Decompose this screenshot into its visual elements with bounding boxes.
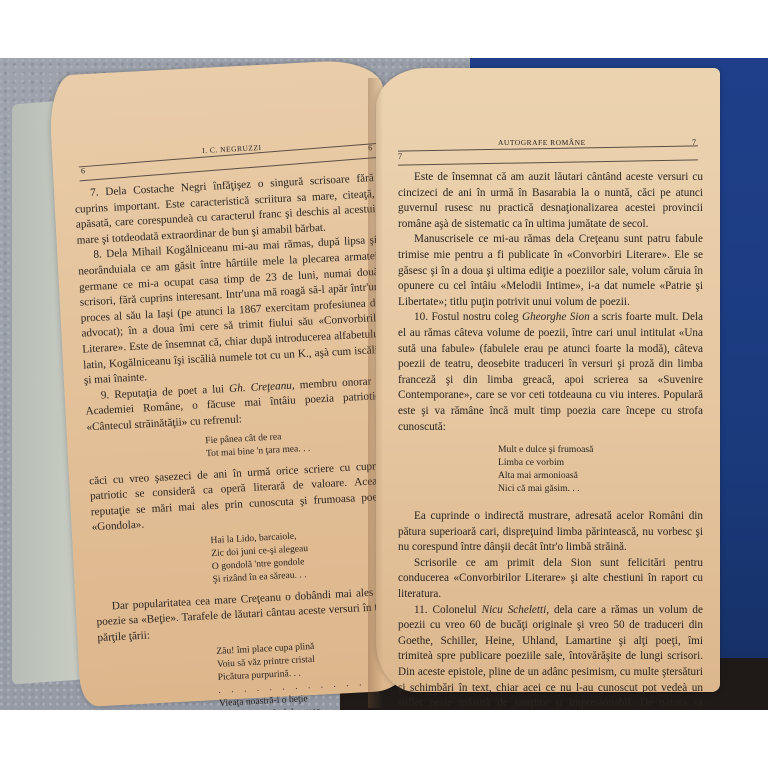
paragraph: 11. Colonelul Nicu Scheletti, dela care … — [398, 603, 703, 710]
header-rule-bottom — [398, 159, 698, 165]
verse-block: Zău! îmi place cupa plină Voiu să văz pr… — [98, 635, 404, 710]
right-page: AUTOGRAFE ROMÂNE 7 7 Este de însemnat că… — [376, 68, 720, 692]
author-name: Gheorghe Sion — [522, 311, 590, 323]
right-page-body: Este de însemnat că am auzit lăutari cân… — [398, 170, 703, 710]
page-number: 7 — [692, 138, 696, 147]
paragraph: Scrisorile ce am primit dela Sion sunt f… — [398, 556, 703, 603]
paragraph: Este de însemnat că am auzit lăutari cân… — [398, 170, 703, 232]
verse-block: Hai la Lido, barcaiole, Zic doi juni ce-… — [92, 524, 394, 592]
running-header-right: AUTOGRAFE ROMÂNE — [498, 138, 586, 147]
paragraph: 10. Fostul nostru coleg Gheorghe Sion a … — [398, 310, 703, 435]
paragraph: 8. Dela Mihail Kogălniceanu mi-au mai ră… — [77, 233, 384, 389]
author-name: Gh. Creţeanu — [229, 379, 292, 394]
paragraph: Ea cuprinde o indirectă mustrare, adresa… — [398, 509, 703, 556]
book-gutter — [368, 78, 390, 708]
author-name: Nicu Scheletti — [482, 604, 547, 616]
page-number-mirror: 7 — [398, 152, 402, 161]
paragraph: căci cu vreo şasezeci de ani în urmă ori… — [89, 458, 392, 536]
left-page: I. C. NEGRUZZI 6 6 7. Dela Costache Negr… — [48, 59, 415, 708]
photo-background: I. C. NEGRUZZI 6 6 7. Dela Costache Negr… — [0, 58, 768, 710]
paragraph: Manuscrisele ce mi-au rămas dela Creţean… — [398, 232, 703, 310]
left-page-body: 7. Dela Costache Negri înfăţişez o singu… — [74, 171, 404, 710]
verse-block: Mult e dulce şi frumoasă Limba ce vorbim… — [398, 443, 703, 495]
page-number: 6 — [81, 166, 85, 175]
